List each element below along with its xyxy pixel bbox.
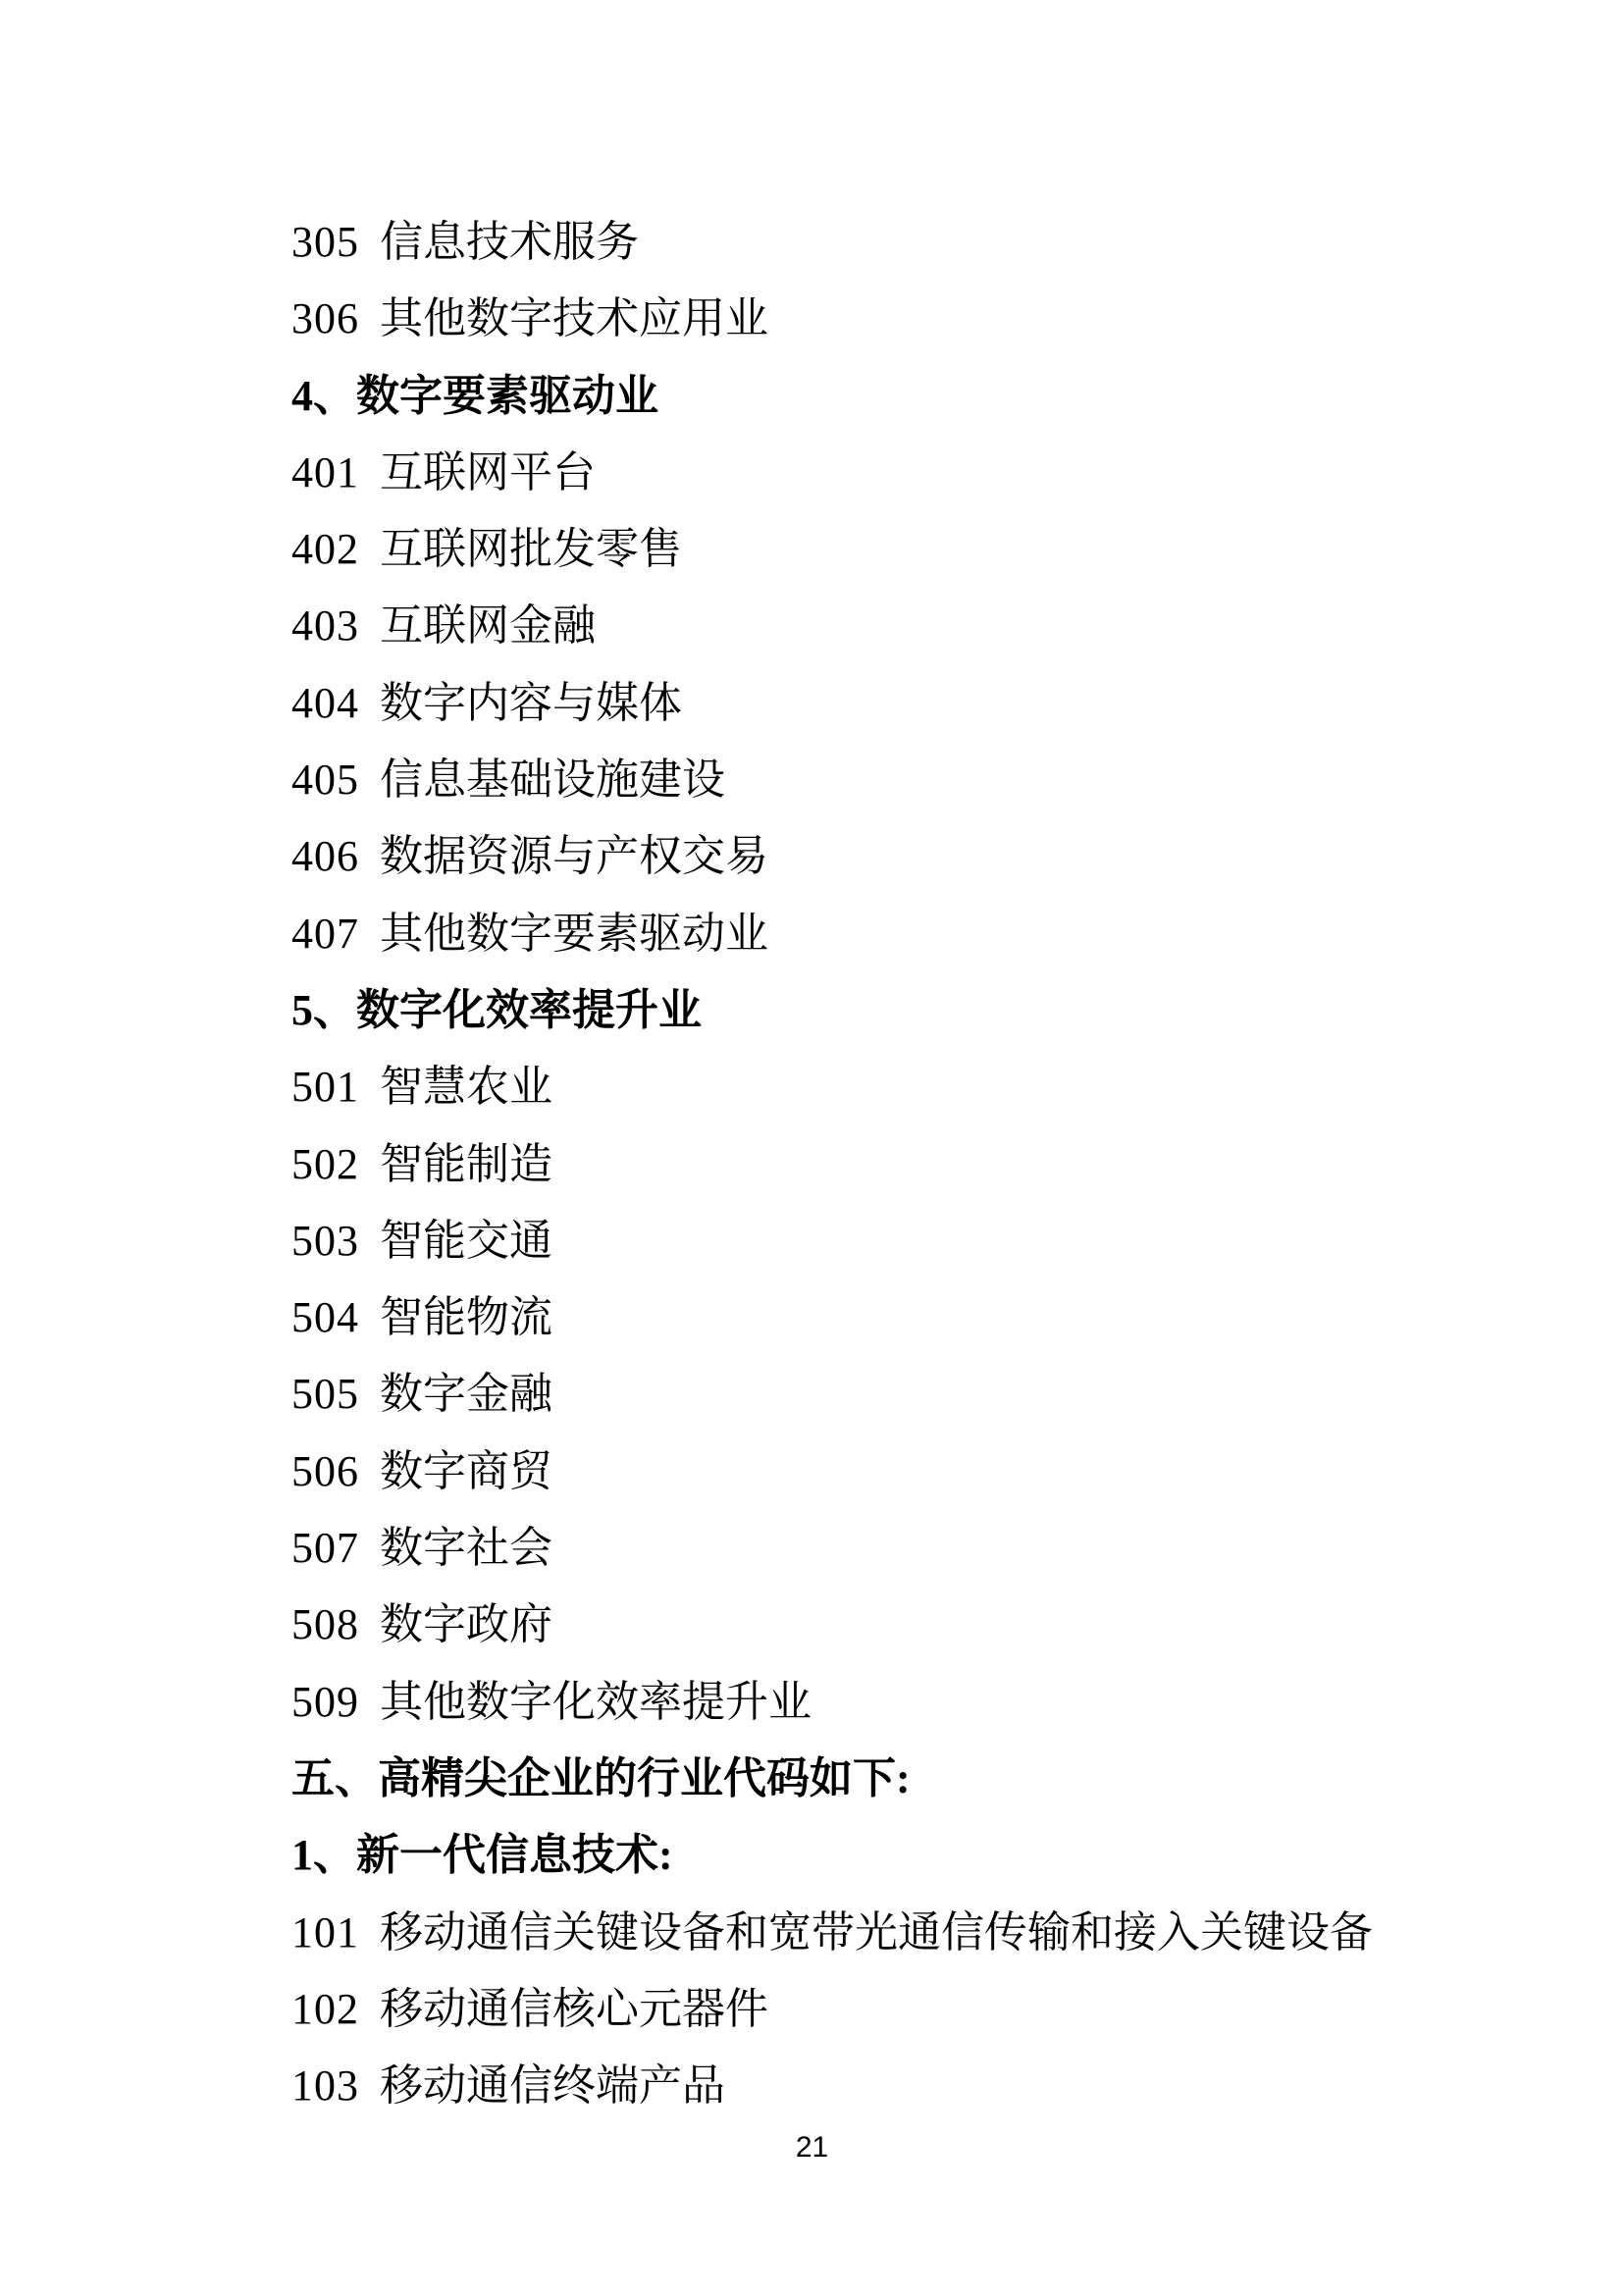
industry-code-line: 505数字金融	[291, 1356, 1430, 1433]
industry-code: 502	[291, 1126, 380, 1203]
industry-code: 504	[291, 1279, 380, 1356]
industry-code-line: 509其他数字化效率提升业	[291, 1664, 1430, 1741]
industry-name: 其他数字化效率提升业	[380, 1678, 812, 1726]
industry-code: 402	[291, 511, 380, 588]
industry-name: 信息基础设施建设	[380, 756, 725, 804]
section-heading: 1、新一代信息技术:	[291, 1817, 1430, 1894]
industry-code: 508	[291, 1587, 380, 1663]
industry-name: 智慧农业	[380, 1063, 552, 1111]
industry-name: 移动通信核心元器件	[380, 1985, 768, 2033]
industry-code-line: 101移动通信关键设备和宽带光通信传输和接入关键设备	[291, 1895, 1430, 1971]
industry-code-line: 406数据资源与产权交易	[291, 818, 1430, 895]
industry-code-list: 305信息技术服务306其他数字技术应用业4、数字要素驱动业401互联网平台40…	[291, 204, 1430, 2124]
industry-name: 智能交通	[380, 1217, 552, 1265]
industry-code: 406	[291, 818, 380, 895]
industry-name: 其他数字技术应用业	[380, 294, 768, 342]
industry-name: 数字商贸	[380, 1447, 552, 1495]
industry-code: 401	[291, 435, 380, 511]
industry-code-line: 402互联网批发零售	[291, 511, 1430, 588]
industry-name: 数字金融	[380, 1370, 552, 1418]
industry-name: 数字内容与媒体	[380, 679, 682, 727]
industry-name: 其他数字要素驱动业	[380, 910, 768, 958]
industry-code-line: 503智能交通	[291, 1203, 1430, 1279]
industry-code: 506	[291, 1434, 380, 1510]
section-heading: 5、数字化效率提升业	[291, 972, 1430, 1049]
page-number: 21	[0, 2131, 1624, 2165]
industry-code: 102	[291, 1971, 380, 2048]
industry-name: 互联网批发零售	[380, 525, 682, 573]
industry-name: 移动通信关键设备和宽带光通信传输和接入关键设备	[380, 1908, 1373, 1956]
section-heading: 4、数字要素驱动业	[291, 358, 1430, 435]
industry-code: 305	[291, 204, 380, 281]
industry-code: 407	[291, 896, 380, 972]
document-page: 305信息技术服务306其他数字技术应用业4、数字要素驱动业401互联网平台40…	[0, 0, 1624, 2295]
industry-code: 306	[291, 281, 380, 357]
industry-code: 505	[291, 1356, 380, 1433]
industry-code: 503	[291, 1203, 380, 1279]
industry-code: 405	[291, 742, 380, 818]
industry-code-line: 508数字政府	[291, 1587, 1430, 1663]
industry-name: 智能制造	[380, 1140, 552, 1188]
industry-code-line: 504智能物流	[291, 1279, 1430, 1356]
industry-code: 403	[291, 588, 380, 664]
industry-code-line: 404数字内容与媒体	[291, 665, 1430, 742]
industry-code: 101	[291, 1895, 380, 1971]
industry-code-line: 401互联网平台	[291, 435, 1430, 511]
industry-code-line: 501智慧农业	[291, 1049, 1430, 1125]
industry-code-line: 405信息基础设施建设	[291, 742, 1430, 818]
industry-code: 501	[291, 1049, 380, 1125]
industry-code: 404	[291, 665, 380, 742]
industry-code: 507	[291, 1510, 380, 1587]
industry-code: 103	[291, 2048, 380, 2124]
industry-code-line: 507数字社会	[291, 1510, 1430, 1587]
industry-name: 移动通信终端产品	[380, 2061, 725, 2110]
industry-code-line: 506数字商贸	[291, 1434, 1430, 1510]
section-heading: 五、高精尖企业的行业代码如下:	[291, 1741, 1430, 1817]
industry-code-line: 407其他数字要素驱动业	[291, 896, 1430, 972]
industry-name: 互联网平台	[380, 448, 596, 496]
industry-code-line: 102移动通信核心元器件	[291, 1971, 1430, 2048]
industry-name: 信息技术服务	[380, 218, 639, 266]
industry-code: 509	[291, 1664, 380, 1741]
industry-code-line: 305信息技术服务	[291, 204, 1430, 281]
industry-name: 互联网金融	[380, 601, 596, 650]
industry-name: 数字社会	[380, 1524, 552, 1572]
industry-name: 数据资源与产权交易	[380, 832, 768, 880]
industry-code-line: 306其他数字技术应用业	[291, 281, 1430, 357]
industry-name: 智能物流	[380, 1293, 552, 1341]
industry-code-line: 103移动通信终端产品	[291, 2048, 1430, 2124]
industry-name: 数字政府	[380, 1600, 552, 1648]
industry-code-line: 502智能制造	[291, 1126, 1430, 1203]
industry-code-line: 403互联网金融	[291, 588, 1430, 664]
